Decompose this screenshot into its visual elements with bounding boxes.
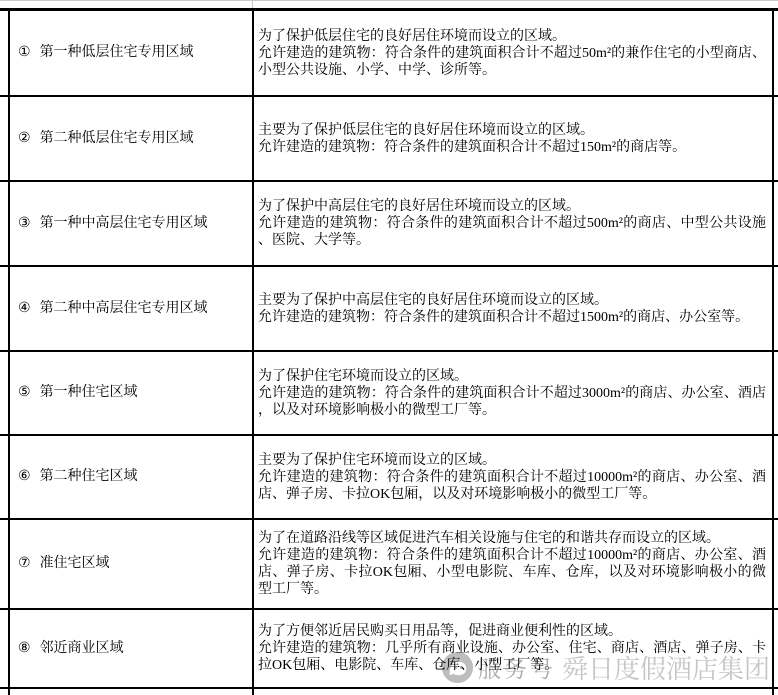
zone-number: ③ xyxy=(18,215,31,233)
table-row: ⑧ 邻近商业区域 为了方便邻近居民购买日用品等，促进商业便利性的区域。 允许建造… xyxy=(0,610,778,687)
zone-name-cell: ⑤ 第一种住宅区域 xyxy=(18,352,244,434)
zone-name-cell: ① 第一种低层住宅专用区域 xyxy=(18,11,244,95)
zone-name: 第一种低层住宅专用区域 xyxy=(40,44,194,62)
zone-name-cell: ⑦ 准住宅区域 xyxy=(18,520,244,608)
zone-name: 准住宅区域 xyxy=(40,555,110,573)
table-row: ④ 第二种中高层住宅专用区域 主要为了保护中高层住宅的良好居住环境而设立的区域。… xyxy=(0,267,778,350)
table-row: ⑤ 第一种住宅区域 为了保护住宅环境而设立的区域。 允许建造的建筑物：符合条件的… xyxy=(0,352,778,434)
table-row: ⑥ 第二种住宅区域 主要为了保护住宅环境而设立的区域。 允许建造的建筑物：符合条… xyxy=(0,436,778,518)
table-border-bottom xyxy=(0,687,778,689)
top-sliver-divider xyxy=(252,0,253,8)
zone-name: 第二种住宅区域 xyxy=(40,468,138,486)
zone-description: 主要为了保护住宅环境而设立的区域。 允许建造的建筑物：符合条件的建筑面积合计不超… xyxy=(258,452,766,503)
zone-description-cell: 主要为了保护中高层住宅的良好居住环境而设立的区域。 允许建造的建筑物：符合条件的… xyxy=(258,267,766,350)
zone-description-cell: 主要为了保护住宅环境而设立的区域。 允许建造的建筑物：符合条件的建筑面积合计不超… xyxy=(258,436,766,518)
table-row: ⑦ 准住宅区域 为了在道路沿线等区域促进汽车相关设施与住宅的和谐共存而设立的区域… xyxy=(0,520,778,608)
zone-name: 第二种中高层住宅专用区域 xyxy=(40,300,208,318)
top-sliver-line xyxy=(0,0,778,1)
zone-name-cell: ⑥ 第二种住宅区域 xyxy=(18,436,244,518)
zone-description-cell: 为了保护低层住宅的良好居住环境而设立的区域。 允许建造的建筑物：符合条件的建筑面… xyxy=(258,11,766,95)
table-row: ② 第二种低层住宅专用区域 主要为了保护低层住宅的良好居住环境而设立的区域。 允… xyxy=(0,97,778,180)
zone-description-cell: 为了保护住宅环境而设立的区域。 允许建造的建筑物：符合条件的建筑面积合计不超过3… xyxy=(258,352,766,434)
zone-description: 为了保护低层住宅的良好居住环境而设立的区域。 允许建造的建筑物：符合条件的建筑面… xyxy=(258,28,766,79)
zone-name: 第二种低层住宅专用区域 xyxy=(40,130,194,148)
zone-number: ⑧ xyxy=(18,640,31,658)
zone-name-cell: ⑧ 邻近商业区域 xyxy=(18,610,244,687)
zone-description-cell: 主要为了保护低层住宅的良好居住环境而设立的区域。 允许建造的建筑物：符合条件的建… xyxy=(258,97,766,180)
zone-name: 第一种中高层住宅专用区域 xyxy=(40,215,208,233)
zone-description: 为了方便邻近居民购买日用品等，促进商业便利性的区域。 允许建造的建筑物：几乎所有… xyxy=(258,623,766,674)
table-row: ③ 第一种中高层住宅专用区域 为了保护中高层住宅的良好居住环境而设立的区域。 允… xyxy=(0,182,778,265)
zone-description: 主要为了保护低层住宅的良好居住环境而设立的区域。 允许建造的建筑物：符合条件的建… xyxy=(258,122,686,156)
zone-name-cell: ④ 第二种中高层住宅专用区域 xyxy=(18,267,244,350)
zone-number: ② xyxy=(18,130,31,148)
zoning-districts-table-page: 服务号 舜日度假酒店集团 ① 第一种低层住宅专用区域 为了保护低层住宅的良好居住… xyxy=(0,0,778,695)
zone-description: 为了保护住宅环境而设立的区域。 允许建造的建筑物：符合条件的建筑面积合计不超过3… xyxy=(258,368,766,419)
zone-name: 邻近商业区域 xyxy=(40,640,124,658)
zone-number: ⑥ xyxy=(18,468,31,486)
table-row: ① 第一种低层住宅专用区域 为了保护低层住宅的良好居住环境而设立的区域。 允许建… xyxy=(0,11,778,95)
zone-name-cell: ③ 第一种中高层住宅专用区域 xyxy=(18,182,244,265)
zone-name-cell: ② 第二种低层住宅专用区域 xyxy=(18,97,244,180)
zone-number: ⑦ xyxy=(18,555,31,573)
zone-description-cell: 为了保护中高层住宅的良好居住环境而设立的区域。 允许建造的建筑物：符合条件的建筑… xyxy=(258,182,766,265)
zone-description: 为了保护中高层住宅的良好居住环境而设立的区域。 允许建造的建筑物：符合条件的建筑… xyxy=(258,198,766,249)
zone-name: 第一种住宅区域 xyxy=(40,384,138,402)
zone-description-cell: 为了在道路沿线等区域促进汽车相关设施与住宅的和谐共存而设立的区域。 允许建造的建… xyxy=(258,520,766,608)
zone-number: ④ xyxy=(18,300,31,318)
zone-description: 主要为了保护中高层住宅的良好居住环境而设立的区域。 允许建造的建筑物：符合条件的… xyxy=(258,292,749,326)
zone-description: 为了在道路沿线等区域促进汽车相关设施与住宅的和谐共存而设立的区域。 允许建造的建… xyxy=(258,530,766,598)
zone-number: ① xyxy=(18,44,31,62)
zone-description-cell: 为了方便邻近居民购买日用品等，促进商业便利性的区域。 允许建造的建筑物：几乎所有… xyxy=(258,610,766,687)
zone-number: ⑤ xyxy=(18,384,31,402)
